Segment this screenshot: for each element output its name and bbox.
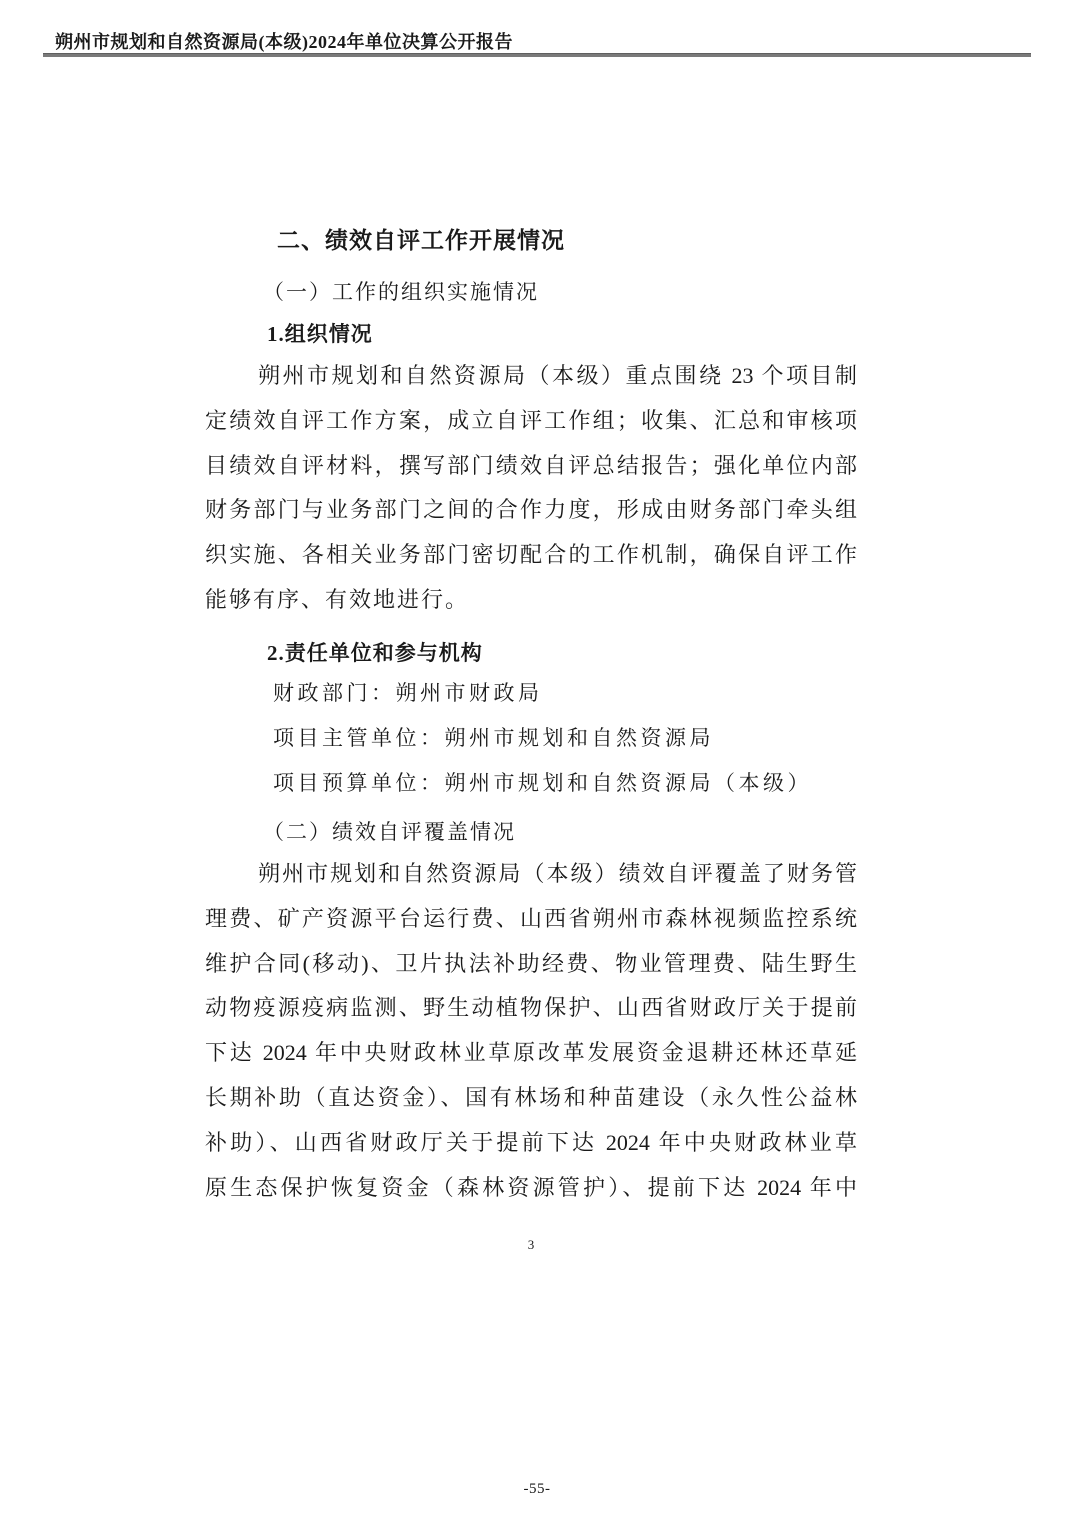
inner-page-number: 3 bbox=[205, 1237, 857, 1253]
footer-page-number: -55- bbox=[0, 1481, 1074, 1498]
text-line: 理费、矿产资源平台运行费、山西省朔州市森林视频监控系统 bbox=[205, 897, 857, 942]
point-heading-2: 2.责任单位和参与机构 bbox=[267, 637, 483, 667]
text-line: 定绩效自评工作方案，成立自评工作组；收集、汇总和审核项 bbox=[205, 399, 857, 444]
report-header-title: 朔州市规划和自然资源局(本级)2024年单位决算公开报告 bbox=[55, 28, 513, 54]
paragraph-1: 朔州市规划和自然资源局（本级）重点围绕 23 个项目制 定绩效自评工作方案，成立… bbox=[205, 354, 857, 623]
text-line: 织实施、各相关业务部门密切配合的工作机制，确保自评工作 bbox=[205, 533, 857, 578]
subsection-heading-2: （二）绩效自评覆盖情况 bbox=[263, 816, 516, 846]
responsibility-item-finance-dept: 财政部门：朔州市财政局 bbox=[205, 671, 857, 716]
text-line: 目绩效自评材料，撰写部门绩效自评总结报告；强化单位内部 bbox=[205, 444, 857, 489]
text-line: 下达 2024 年中央财政林业草原改革发展资金退耕还林还草延 bbox=[205, 1031, 857, 1076]
responsibility-list: 财政部门：朔州市财政局 项目主管单位：朔州市规划和自然资源局 项目预算单位：朔州… bbox=[205, 671, 857, 805]
text-line: 财务部门与业务部门之间的合作力度，形成由财务部门牵头组 bbox=[205, 488, 857, 533]
text-line: 长期补助（直达资金）、国有林场和种苗建设（永久性公益林 bbox=[205, 1076, 857, 1121]
text-line: 维护合同(移动)、卫片执法补助经费、物业管理费、陆生野生 bbox=[205, 942, 857, 987]
header-rule bbox=[43, 53, 1031, 57]
text-line: 能够有序、有效地进行。 bbox=[205, 578, 857, 623]
document-page: 朔州市规划和自然资源局(本级)2024年单位决算公开报告 二、绩效自评工作开展情… bbox=[0, 0, 1074, 1520]
text-line: 朔州市规划和自然资源局（本级）绩效自评覆盖了财务管 bbox=[205, 852, 857, 897]
responsibility-item-project-supervisor: 项目主管单位：朔州市规划和自然资源局 bbox=[205, 716, 857, 761]
text-line: 动物疫源疫病监测、野生动植物保护、山西省财政厅关于提前 bbox=[205, 986, 857, 1031]
paragraph-2: 朔州市规划和自然资源局（本级）绩效自评覆盖了财务管 理费、矿产资源平台运行费、山… bbox=[205, 852, 857, 1210]
responsibility-item-project-budget-unit: 项目预算单位：朔州市规划和自然资源局（本级） bbox=[205, 761, 857, 806]
text-line: 补助）、山西省财政厅关于提前下达 2024 年中央财政林业草 bbox=[205, 1121, 857, 1166]
text-line: 朔州市规划和自然资源局（本级）重点围绕 23 个项目制 bbox=[205, 354, 857, 399]
section-heading: 二、绩效自评工作开展情况 bbox=[277, 222, 565, 255]
point-heading-1: 1.组织情况 bbox=[267, 318, 373, 348]
subsection-heading-1: （一）工作的组织实施情况 bbox=[263, 276, 539, 306]
text-line: 原生态保护恢复资金（森林资源管护）、提前下达 2024 年中 bbox=[205, 1166, 857, 1211]
